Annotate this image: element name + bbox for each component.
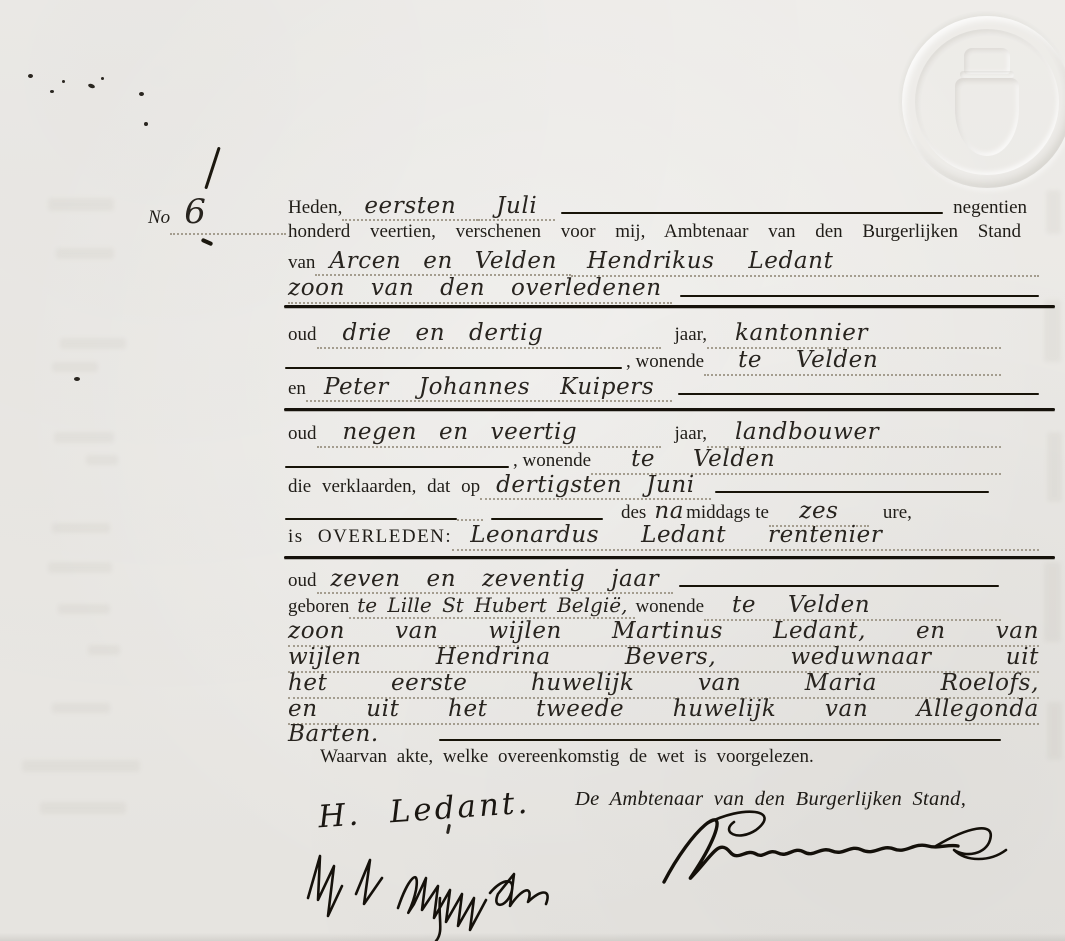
deceased-line: is OVERLEDEN: Leonardus Ledant rentenier: [288, 522, 1039, 551]
pen-dash: [201, 238, 214, 247]
handwritten-residence1: te Velden: [704, 347, 1001, 376]
death-date-line: die verklaarden, dat op dertigsten Juni: [288, 472, 1039, 500]
handwritten-relation: zoon van den overledenen: [288, 275, 672, 304]
dotted-leader: [457, 519, 483, 521]
handwritten-occupation1: kantonnier: [707, 320, 1001, 349]
handwritten-residence3: te Velden: [704, 592, 1001, 621]
declarant1-age-occupation-line: oud drie en dertig jaar, kantonnier: [288, 320, 1001, 349]
parents-line-2: wijlen Hendrina Bevers, weduwnaar uit: [288, 644, 1039, 673]
declarant2-residence-line: , wonende te Velden: [285, 446, 1001, 475]
handwritten-daypart: na: [646, 498, 686, 524]
pen-stroke: [561, 212, 943, 214]
ink-speck: [50, 90, 54, 93]
bleed-through-ghost: [1046, 190, 1061, 234]
official-signature: [640, 800, 1010, 890]
bleed-through-ghost: [52, 362, 98, 372]
municipality-declarant-line: van Arcen en Velden Hendrikus Ledant: [288, 248, 1039, 277]
handwritten-residence2: te Velden: [591, 446, 1001, 475]
bleed-through-ghost: [40, 802, 126, 814]
printed-declared: die verklaarden, dat op: [288, 476, 480, 498]
printed-heden: Heden,: [288, 197, 342, 219]
printed-closing: Waarvan akte, welke overeenkomstig de we…: [320, 746, 814, 768]
witness-signature-kuipers: [290, 838, 590, 941]
handwritten-occupation2: landbouwer: [707, 419, 1001, 448]
printed-jaar: jaar,: [675, 423, 707, 445]
bleed-through-ghost: [1047, 432, 1062, 502]
printed-wonende2: wonende: [635, 596, 704, 618]
seal-crown-band: [960, 71, 1014, 78]
printed-wonende: , wonende: [626, 351, 704, 373]
ink-speck: [62, 80, 65, 83]
act-number-label: No: [148, 207, 170, 229]
printed-overleden-label: is OVERLEDEN:: [288, 526, 452, 548]
witness-signature-ledant: H. Ledant.: [317, 785, 531, 836]
printed-middags-te: middags te: [686, 502, 769, 524]
printed-oud: oud: [288, 423, 317, 445]
printed-des: des: [621, 502, 646, 524]
closing-statement-line: Waarvan akte, welke overeenkomstig de we…: [320, 746, 814, 768]
pen-stroke: [439, 739, 1001, 741]
act-number-line: No 6: [148, 192, 286, 235]
handwritten-parents1: zoon van wijlen Martinus Ledant, en van: [288, 618, 1039, 647]
ink-speck: [28, 74, 33, 78]
pen-stroke: [678, 393, 1039, 395]
handwritten-declarant2: Peter Johannes Kuipers: [306, 374, 672, 402]
handwritten-age1: drie en dertig: [317, 320, 661, 349]
declarant2-age-occupation-line: oud negen en veertig jaar, landbouwer: [288, 419, 1001, 448]
death-certificate-scan: No 6 Heden, eersten Juli negentien honde…: [0, 0, 1065, 941]
marriage-line-1: het eerste huwelijk van Maria Roelofs,: [288, 670, 1039, 699]
handwritten-death-date: dertigsten Juni: [480, 472, 711, 500]
bleed-through-ghost: [58, 604, 110, 614]
printed-ure: ure,: [883, 502, 912, 524]
pen-stroke: [285, 518, 457, 520]
ink-speck: [144, 122, 148, 126]
scan-edge-shadow: [0, 933, 1065, 941]
handwritten-declarant1: Hendrikus Ledant: [571, 248, 1039, 277]
relation-line: zoon van den overledenen: [288, 275, 1039, 304]
ink-speck: [101, 77, 104, 80]
printed-wonende: , wonende: [513, 450, 591, 472]
handwritten-month: Juli: [478, 193, 555, 221]
bleed-through-ghost: [52, 703, 110, 713]
bleed-through-ghost: [56, 248, 114, 259]
parents-line-1: zoon van wijlen Martinus Ledant, en van: [288, 618, 1039, 647]
bleed-through-ghost: [1044, 300, 1061, 362]
bleed-through-ghost: [1044, 562, 1061, 642]
act-number-value: 6: [170, 192, 286, 235]
printed-van: van: [288, 252, 315, 274]
date-line: Heden, eersten Juli negentien: [288, 193, 1027, 221]
pen-stroke: [491, 518, 603, 520]
ink-speck: [74, 377, 80, 381]
handwritten-age2: negen en veertig: [317, 419, 661, 448]
printed-text: honderd veertien, verschenen voor mij, A…: [288, 221, 1021, 243]
printed-line-2: honderd veertien, verschenen voor mij, A…: [288, 221, 1021, 243]
bleed-through-ghost: [22, 760, 140, 772]
declarant1-residence-line: , wonende te Velden: [285, 347, 1001, 376]
handwritten-parents2: wijlen Hendrina Bevers, weduwnaar uit: [288, 644, 1039, 673]
bleed-through-ghost: [48, 198, 114, 211]
printed-en: en: [288, 378, 306, 400]
pen-stroke: [680, 295, 1039, 297]
handwritten-municipality: Arcen en Velden: [315, 248, 571, 276]
bleed-through-ghost: [60, 338, 126, 349]
handwritten-day: eersten: [342, 193, 478, 221]
deceased-age-line: oud zeven en zeventig jaar: [288, 566, 1039, 594]
marriage-line-3: Barten.: [288, 721, 1001, 748]
birthplace-line: geboren te Lille St Hubert België, wonen…: [288, 592, 1001, 621]
ink-speck: [88, 83, 96, 89]
pen-stroke: [285, 466, 509, 468]
pen-stroke: [715, 491, 989, 493]
printed-geboren: geboren: [288, 596, 349, 618]
bleed-through-ghost: [52, 523, 110, 533]
printed-oud: oud: [288, 324, 317, 346]
handwritten-age3: zeven en zeventig jaar: [317, 566, 674, 594]
handwritten-deceased: Leonardus Ledant rentenier: [452, 522, 1039, 551]
pen-stroke: [679, 585, 999, 587]
section-rule: [284, 408, 1055, 411]
section-rule: [284, 305, 1055, 308]
bleed-through-ghost: [48, 562, 112, 573]
bleed-through-ghost: [54, 432, 114, 443]
bleed-through-ghost: [86, 455, 118, 465]
printed-oud: oud: [288, 570, 317, 592]
declarant2-line: en Peter Johannes Kuipers: [288, 374, 1039, 402]
pen-flourish: [204, 147, 220, 190]
pen-stroke: [285, 367, 622, 369]
handwritten-marriage3: Barten.: [288, 721, 379, 748]
section-rule: [284, 556, 1055, 559]
handwritten-birthplace: te Lille St Hubert België,: [349, 593, 635, 619]
bleed-through-ghost: [88, 645, 120, 655]
bleed-through-ghost: [1047, 702, 1062, 760]
printed-negentien: negentien: [953, 197, 1027, 219]
ink-speck: [139, 92, 144, 96]
handwritten-marriage1: het eerste huwelijk van Maria Roelofs,: [288, 670, 1039, 699]
embossed-seal: [902, 16, 1065, 188]
printed-jaar: jaar,: [675, 324, 707, 346]
